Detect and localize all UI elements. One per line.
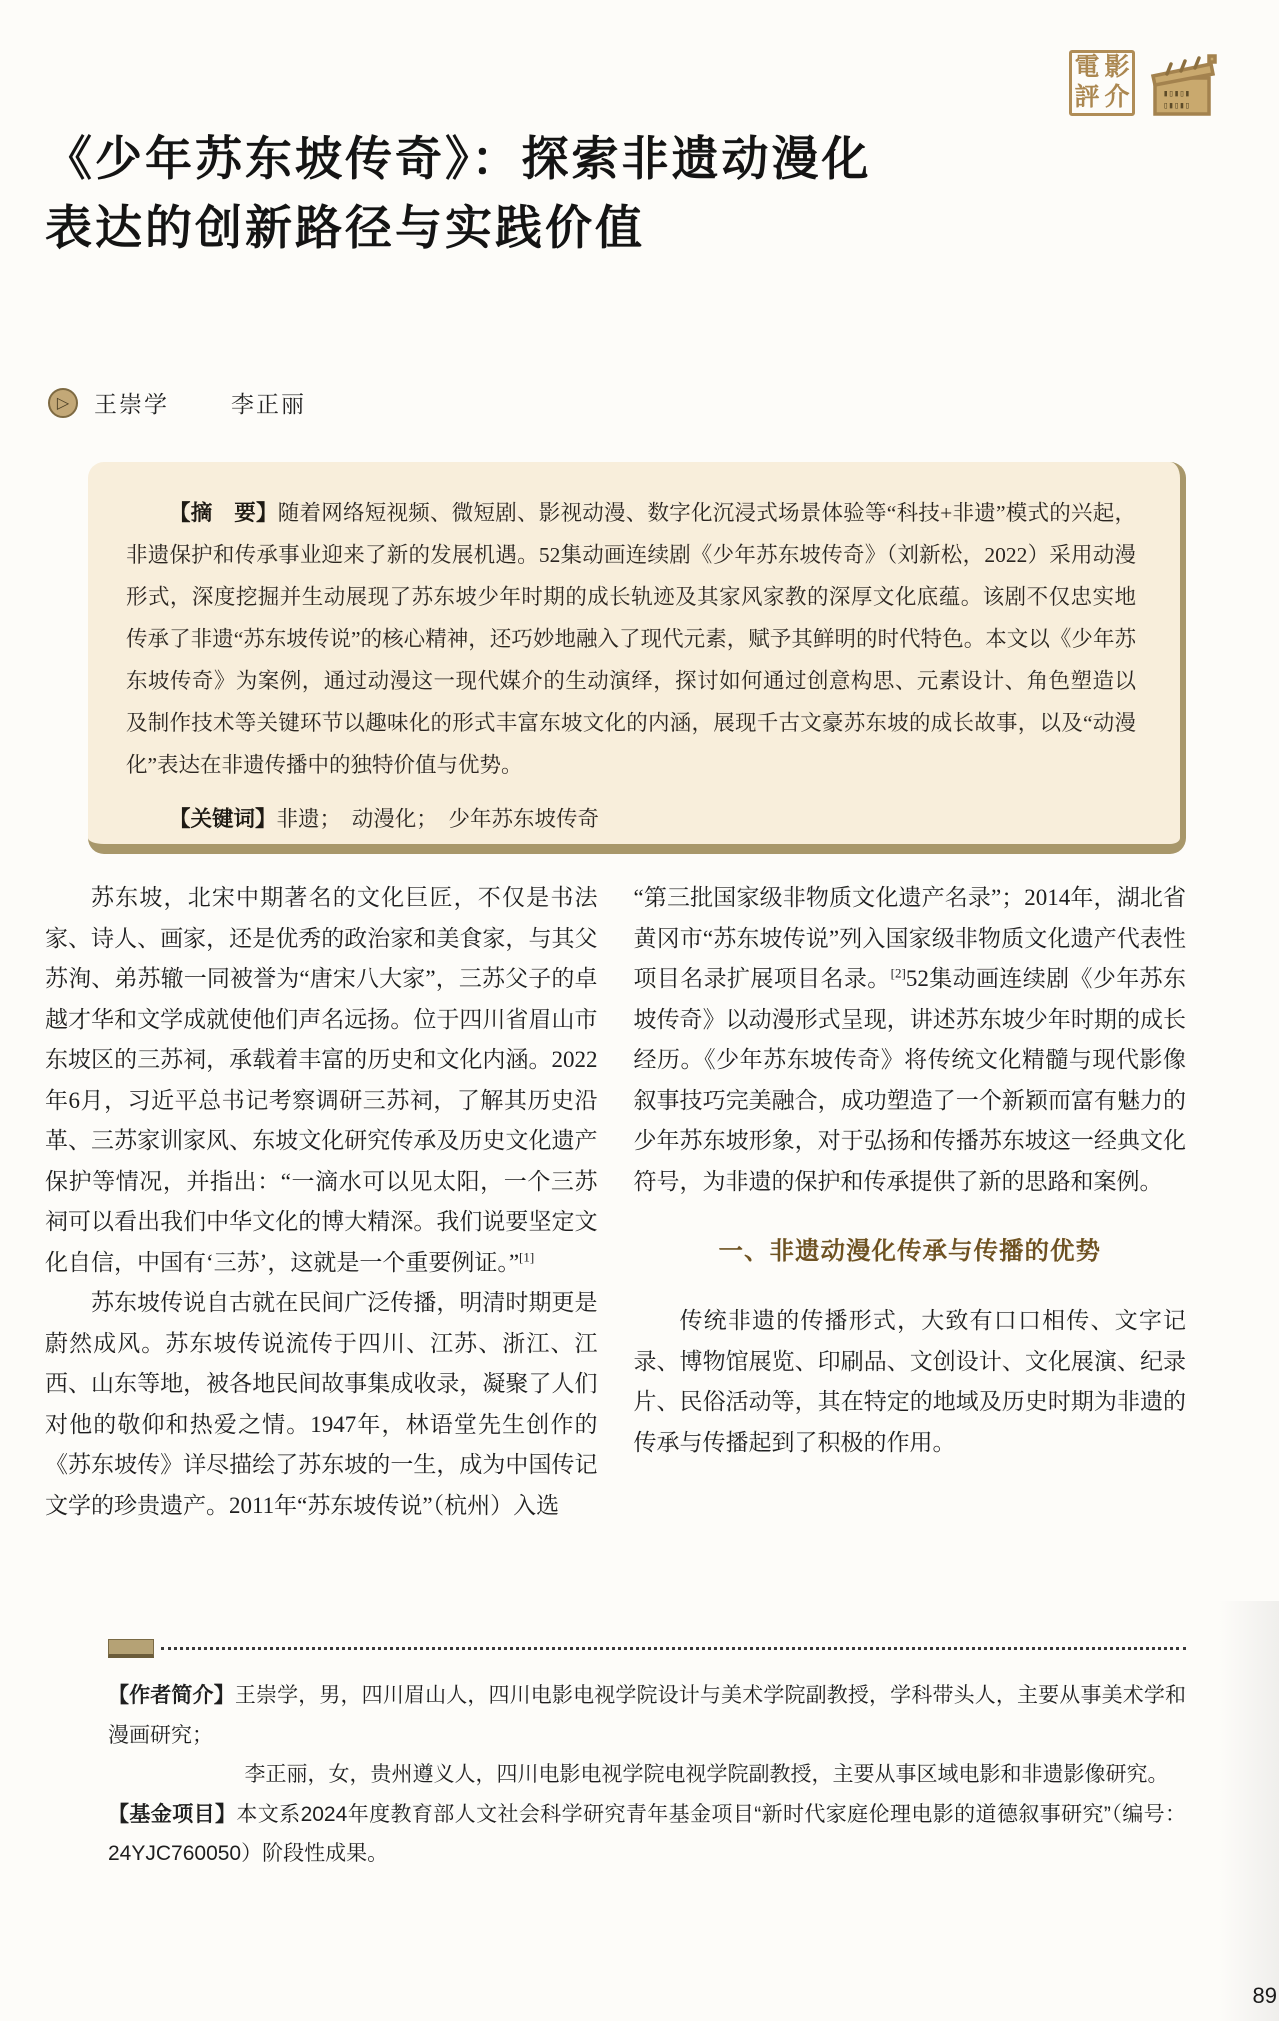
- divider-chip-icon: [108, 1639, 154, 1658]
- fund-text: 本文系2024年度教育部人文社会科学研究青年基金项目“新时代家庭伦理电影的道德叙…: [108, 1803, 1186, 1866]
- column-right: “第三批国家级非物质文化遗产名录”；2014年，湖北省黄冈市“苏东坡传说”列入国…: [634, 878, 1187, 1526]
- svg-text:▯▮▯▮▯: ▯▮▯▮▯: [1163, 101, 1190, 111]
- footer-notes: 【作者简介】王崇学，男，四川眉山人，四川电影电视学院设计与美术学院副教授，学科带…: [108, 1676, 1186, 1874]
- page-number: 89: [1253, 1983, 1277, 2009]
- footnote-ref-2: [2]: [891, 965, 906, 980]
- play-triangle-icon: ▷: [48, 388, 78, 418]
- author-name-2: 李正丽: [231, 386, 306, 419]
- abstract-card: 【摘 要】随着网络短视频、微短剧、影视动漫、数字化沉浸式场景体验等“科技+非遗”…: [88, 462, 1186, 854]
- journal-page: 電 影 評 介 ▮▯▮▯▮ ▯▮▯▮▯ 《少年苏东坡传奇》：探索非遗动漫化 表达…: [0, 0, 1279, 2021]
- body-paragraph-4: 传统非遗的传播形式，大致有口口相传、文字记录、博物馆展览、印刷品、文创设计、文化…: [634, 1301, 1187, 1463]
- paragraph-text: 苏东坡，北宋中期著名的文化巨匠，不仅是书法家、诗人、画家，还是优秀的政治家和美食…: [45, 885, 598, 1275]
- article-title: 《少年苏东坡传奇》：探索非遗动漫化 表达的创新路径与实践价值: [45, 126, 1045, 264]
- page-footer: 【作者简介】王崇学，男，四川眉山人，四川电影电视学院设计与美术学院副教授，学科带…: [108, 1636, 1186, 1874]
- body-paragraph-3: “第三批国家级非物质文化遗产名录”；2014年，湖北省黄冈市“苏东坡传说”列入国…: [634, 878, 1187, 1202]
- keywords-line: 【关键词】非遗； 动漫化； 少年苏东坡传奇: [126, 798, 1136, 840]
- footer-divider: [108, 1636, 1186, 1660]
- footnote-ref-1: [1]: [519, 1249, 534, 1264]
- clapperboard-icon: ▮▯▮▯▮ ▯▮▯▮▯: [1147, 54, 1223, 120]
- article-title-line2: 表达的创新路径与实践价值: [45, 195, 1045, 264]
- svg-text:▮▯▮▯▮: ▮▯▮▯▮: [1163, 89, 1190, 99]
- body-paragraph-2: 苏东坡传说自古就在民间广泛传播，明清时期更是蔚然成风。苏东坡传说流传于四川、江苏…: [45, 1283, 598, 1526]
- seal-char: 介: [1102, 83, 1132, 113]
- seal-char: 評: [1072, 83, 1102, 113]
- paragraph-text: 52集动画连续剧《少年苏东坡传奇》以动漫形式呈现，讲述苏东坡少年时期的成长经历。…: [634, 966, 1187, 1194]
- seal-char: 影: [1102, 53, 1132, 83]
- keywords-label: 【关键词】: [169, 807, 277, 831]
- body-paragraph-1: 苏东坡，北宋中期著名的文化巨匠，不仅是书法家、诗人、画家，还是优秀的政治家和美食…: [45, 878, 598, 1283]
- divider-dotted-line: [161, 1647, 1186, 1650]
- fund-note: 【基金项目】本文系2024年度教育部人文社会科学研究青年基金项目“新时代家庭伦理…: [108, 1795, 1186, 1874]
- scan-edge-shade: [1219, 1601, 1279, 2021]
- author-name-1: 王崇学: [94, 386, 169, 419]
- abstract-label: 【摘 要】: [169, 501, 278, 525]
- fund-label: 【基金项目】: [108, 1803, 236, 1826]
- author-bio-text-1: 王崇学，男，四川眉山人，四川电影电视学院设计与美术学院副教授，学科带头人，主要从…: [108, 1684, 1186, 1747]
- journal-masthead: 電 影 評 介 ▮▯▮▯▮ ▯▮▯▮▯: [1069, 50, 1223, 120]
- abstract-text: 随着网络短视频、微短剧、影视动漫、数字化沉浸式场景体验等“科技+非遗”模式的兴起…: [126, 501, 1136, 777]
- author-bio-label: 【作者简介】: [108, 1684, 235, 1707]
- author-bio-2: 李正丽，女，贵州遵义人，四川电影电视学院电视学院副教授，主要从事区域电影和非遗影…: [108, 1755, 1186, 1795]
- keywords-text: 非遗； 动漫化； 少年苏东坡传奇: [277, 807, 600, 831]
- abstract-paragraph: 【摘 要】随着网络短视频、微短剧、影视动漫、数字化沉浸式场景体验等“科技+非遗”…: [126, 492, 1136, 786]
- seal-char: 電: [1072, 53, 1102, 83]
- authors-row: ▷ 王崇学 李正丽: [48, 386, 368, 419]
- author-bio-1: 【作者简介】王崇学，男，四川眉山人，四川电影电视学院设计与美术学院副教授，学科带…: [108, 1676, 1186, 1755]
- article-title-line1: 《少年苏东坡传奇》：探索非遗动漫化: [45, 126, 1045, 195]
- section-heading-1: 一、非遗动漫化传承与传播的优势: [634, 1232, 1187, 1267]
- article-body: 苏东坡，北宋中期著名的文化巨匠，不仅是书法家、诗人、画家，还是优秀的政治家和美食…: [45, 878, 1186, 1526]
- column-left: 苏东坡，北宋中期著名的文化巨匠，不仅是书法家、诗人、画家，还是优秀的政治家和美食…: [45, 878, 598, 1526]
- journal-seal-icon: 電 影 評 介: [1069, 50, 1135, 116]
